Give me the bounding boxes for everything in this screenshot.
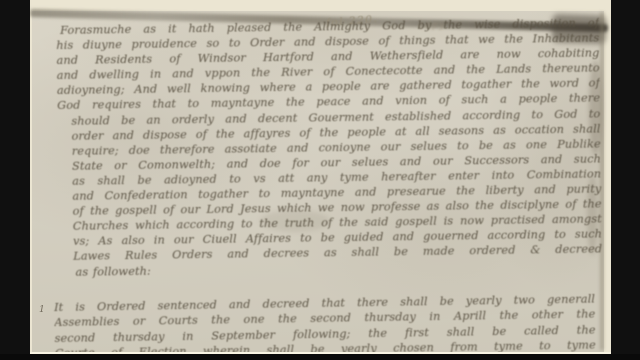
manuscript-photo: fol 220. copy Forasmuche as it hath plea… — [30, 0, 611, 354]
letterbox-right — [611, 0, 640, 360]
paragraph-preamble: Forasmuche as it hath pleased the Allmig… — [56, 15, 603, 279]
photo-viewer: fol 220. copy Forasmuche as it hath plea… — [0, 0, 640, 360]
paragraph-order-1: It is Ordered sentenced and decreed that… — [54, 292, 596, 354]
margin-paragraph-number: 1 — [39, 305, 45, 315]
letterbox-left — [0, 0, 30, 360]
letterbox-bottom — [0, 354, 640, 360]
